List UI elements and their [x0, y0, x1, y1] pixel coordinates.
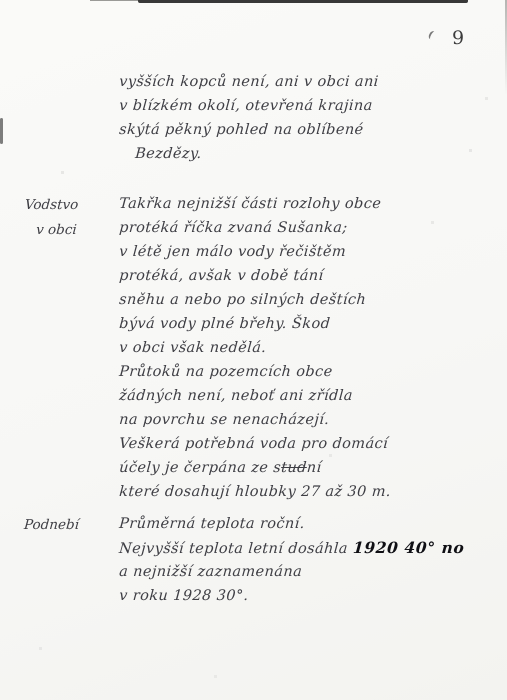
handwritten-segment: v roku 1928 30°. [119, 588, 250, 604]
handwritten-segment: Takřka nejnižší části rozlohy obce [119, 196, 382, 212]
handwritten-line: sněhu a nebo po silných deštích [118, 288, 495, 312]
scanned-page: 9 vyšších kopců není, ani v obci aniv bl… [0, 0, 507, 700]
handwritten-segment: vyšších kopců není, ani v obci ani [119, 74, 380, 90]
paragraph-podnebi: Podnebí Průměrná teplota roční.Nejvyšší … [0, 512, 495, 608]
handwritten-segment: v blízkém okolí, otevřená krajina [119, 98, 374, 114]
handwritten-segment: Průtoků na pozemcích obce [119, 364, 334, 380]
handwritten-segment: Nejvyšší teplota letní dosáhla [119, 541, 354, 557]
handwritten-line: protéká, avšak v době tání [118, 264, 495, 288]
scan-edge-top-artifact [90, 0, 138, 1]
handwritten-line: Průměrná teplota roční. [118, 512, 495, 536]
handwritten-segment: protéká, avšak v době tání [119, 268, 325, 284]
handwritten-segment: v létě jen málo vody řečištěm [119, 244, 347, 260]
handwritten-line: skýtá pěkný pohled na oblíbené [118, 118, 495, 142]
handwritten-line: Veškerá potřebná voda pro domácí [118, 432, 495, 456]
paragraph-lines: Průtoků na pozemcích obcežádných není, n… [120, 360, 495, 504]
handwritten-line: Bezdězy. [118, 142, 495, 166]
handwritten-segment: účely je čerpána ze s [119, 460, 282, 476]
handwritten-line: Takřka nejnižší části rozlohy obce [118, 192, 495, 216]
paragraph-lines: vyšších kopců není, ani v obci aniv blíz… [120, 70, 495, 166]
margin-note-line: Vodstvo [24, 193, 118, 218]
handwritten-line: bývá vody plné břehy. Škod [118, 312, 495, 336]
handwritten-line: v blízkém okolí, otevřená krajina [118, 94, 495, 118]
handwritten-segment: a nejnižší zaznamenána [119, 564, 303, 580]
handwritten-line: na povrchu se nenacházejí. [118, 408, 495, 432]
paragraph-vodstvo: Vodstvov obci Takřka nejnižší části rozl… [0, 192, 495, 360]
handwritten-line: Nejvyšší teplota letní dosáhla 1920 40° … [118, 536, 495, 560]
handwritten-line: žádných není, neboť ani zřídla [118, 384, 495, 408]
paper-specks [0, 0, 1, 1]
handwritten-line: v roku 1928 30°. [118, 584, 495, 608]
margin-note-line: v obci [22, 218, 116, 243]
handwritten-line: a nejnižší zaznamenána [118, 560, 495, 584]
handwritten-segment: v obci však nedělá. [119, 340, 267, 356]
handwritten-line: protéká říčka zvaná Sušanka; [118, 216, 495, 240]
handwritten-segment: Bezdězy. [135, 146, 203, 162]
handwritten-segment: ní [306, 460, 322, 476]
pen-tick-mark [427, 30, 437, 41]
page-number: 9 [452, 27, 465, 49]
handwritten-segment: protéká říčka zvaná Sušanka; [119, 220, 349, 236]
handwritten-line: účely je čerpána ze studní [118, 456, 495, 480]
handwritten-segment: Veškerá potřebná voda pro domácí [119, 436, 389, 452]
manuscript-body: vyšších kopců není, ani v obci aniv blíz… [0, 70, 507, 608]
handwritten-line: v obci však nedělá. [118, 336, 495, 360]
margin-note-line: Podnebí [23, 513, 117, 538]
handwritten-line: v létě jen málo vody řečištěm [118, 240, 495, 264]
handwritten-segment: které dosahují hloubky 27 až 30 m. [119, 484, 392, 500]
handwritten-segment: skýtá pěkný pohled na oblíbené [119, 122, 365, 138]
paragraph-lines: Průměrná teplota roční.Nejvyšší teplota … [120, 512, 495, 608]
handwritten-line: vyšších kopců není, ani v obci ani [118, 70, 495, 94]
handwritten-segment: bývá vody plné břehy. Škod [119, 316, 331, 332]
paragraph-lines: Takřka nejnižší části rozlohy obceproték… [120, 192, 495, 360]
handwritten-segment-bold: 1920 40° no [352, 538, 465, 557]
handwritten-segment: sněhu a nebo po silných deštích [119, 292, 367, 308]
margin-note-podnebi: Podnebí [23, 513, 117, 538]
handwritten-line: Průtoků na pozemcích obce [118, 360, 495, 384]
handwritten-segment: žádných není, neboť ani zřídla [119, 388, 354, 404]
margin-note-vodstvo: Vodstvov obci [22, 193, 117, 243]
handwritten-segment-strike: tud [281, 460, 308, 476]
paragraph-wells: Průtoků na pozemcích obcežádných není, n… [0, 360, 495, 504]
scan-edge-top-artifact [138, 0, 468, 3]
paragraph-hills-view: vyšších kopců není, ani v obci aniv blíz… [0, 70, 495, 166]
handwritten-segment: na povrchu se nenacházejí. [119, 412, 330, 428]
handwritten-segment: Průměrná teplota roční. [119, 516, 306, 532]
handwritten-line: které dosahují hloubky 27 až 30 m. [118, 480, 495, 504]
